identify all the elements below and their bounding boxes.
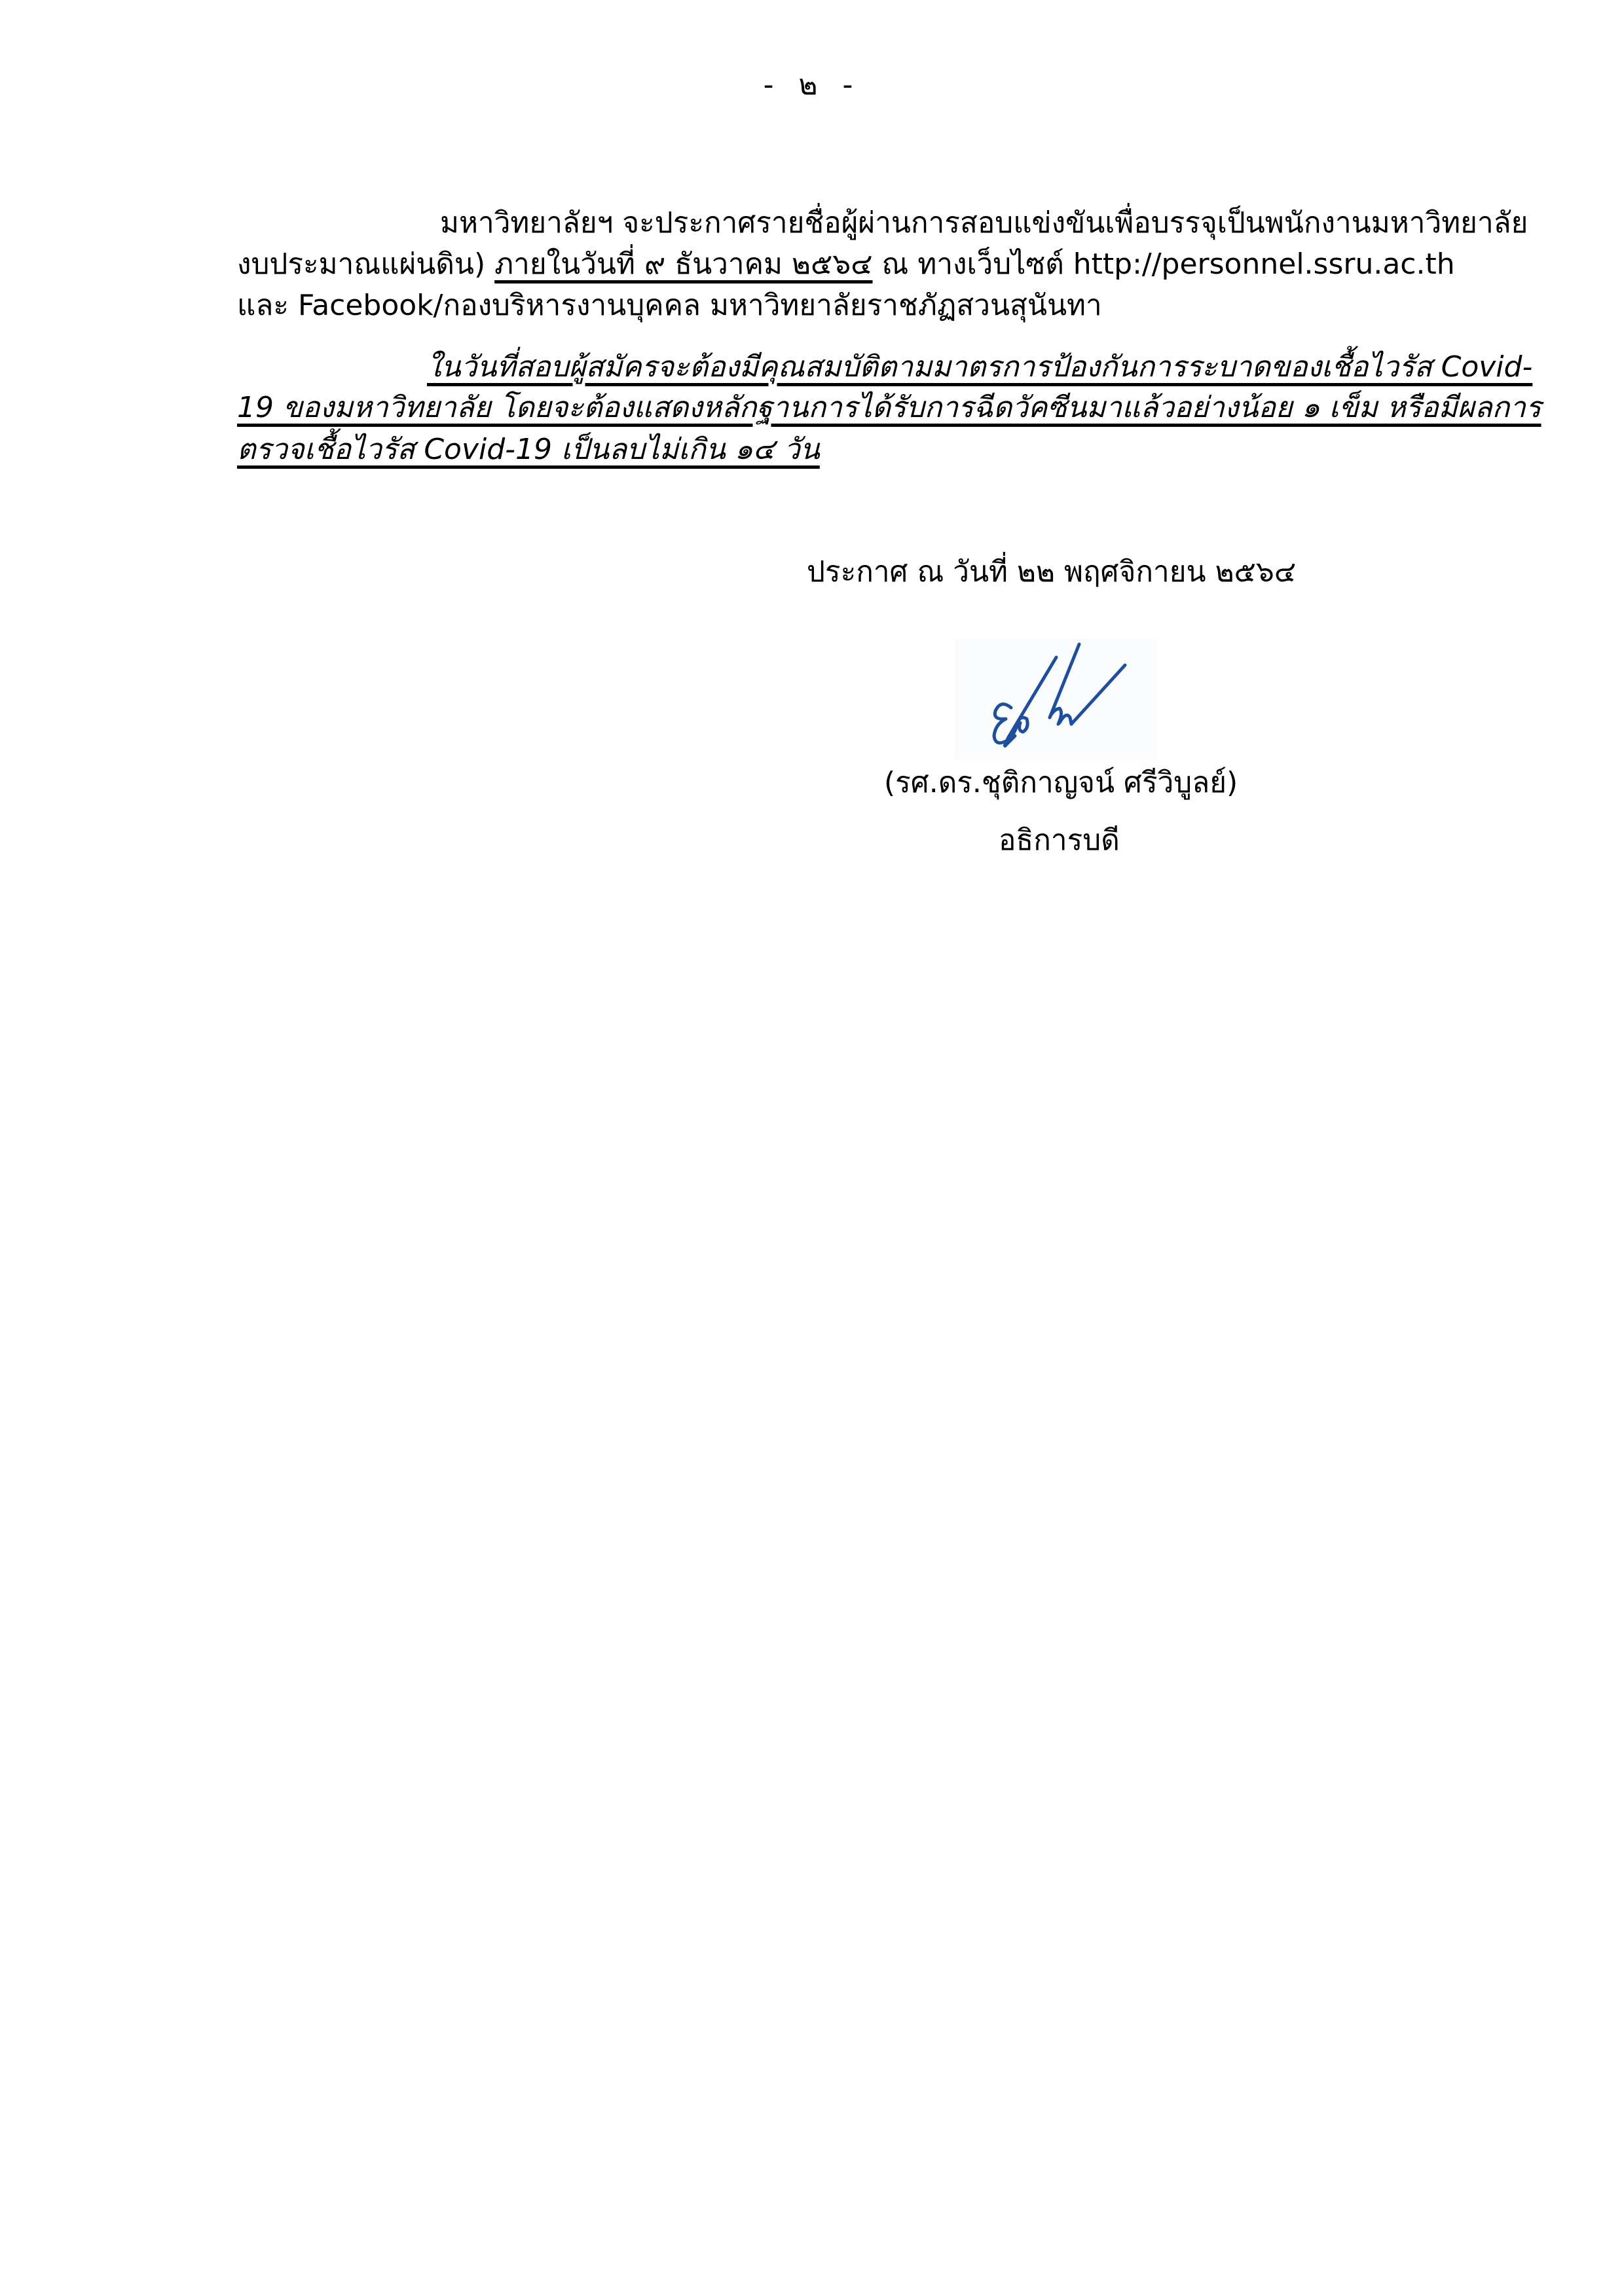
page-number: - ๒ - (0, 65, 1624, 105)
announcement-date: ประกาศ ณ วันที่ ๒๒ พฤศจิกายน ๒๕๖๔ (807, 552, 1296, 592)
signer-title: อธิการบดี (999, 820, 1120, 861)
paragraph1-line1: มหาวิทยาลัยฯ จะประกาศรายชื่อผู้ผ่านการสอ… (237, 203, 1477, 244)
paragraph1-line3: และ Facebook/กองบริหารงานบุคคล มหาวิทยาล… (237, 285, 1477, 326)
announcement-deadline: ภายในวันที่ ๙ ธันวาคม ๒๕๖๔ (494, 247, 872, 281)
website-text: ณ ทางเว็บไซต์ http://personnel.ssru.ac.t… (873, 247, 1455, 281)
covid-requirement-line1: ในวันที่สอบผู้สมัครจะต้องมีคุณสมบัติตามม… (237, 347, 1477, 388)
signature-image (955, 639, 1158, 760)
paragraph1-line2-prefix: งบประมาณแผ่นดิน) ภายในวันที่ ๙ ธันวาคม ๒… (237, 244, 1455, 285)
signer-name: (รศ.ดร.ชุติกาญจน์ ศรีวิบูลย์) (884, 763, 1238, 803)
covid-requirement-line3: ตรวจเชื้อไวรัส Covid-19 เป็นลบไม่เกิน ๑๔… (237, 429, 820, 470)
paragraph1-line2: งบประมาณแผ่นดิน) ภายในวันที่ ๙ ธันวาคม ๒… (237, 244, 1477, 285)
covid-requirement-line2: 19 ของมหาวิทยาลัย โดยจะต้องแสดงหลักฐานกา… (237, 388, 1477, 428)
budget-text: งบประมาณแผ่นดิน) (237, 247, 494, 281)
signature-icon (955, 639, 1158, 760)
